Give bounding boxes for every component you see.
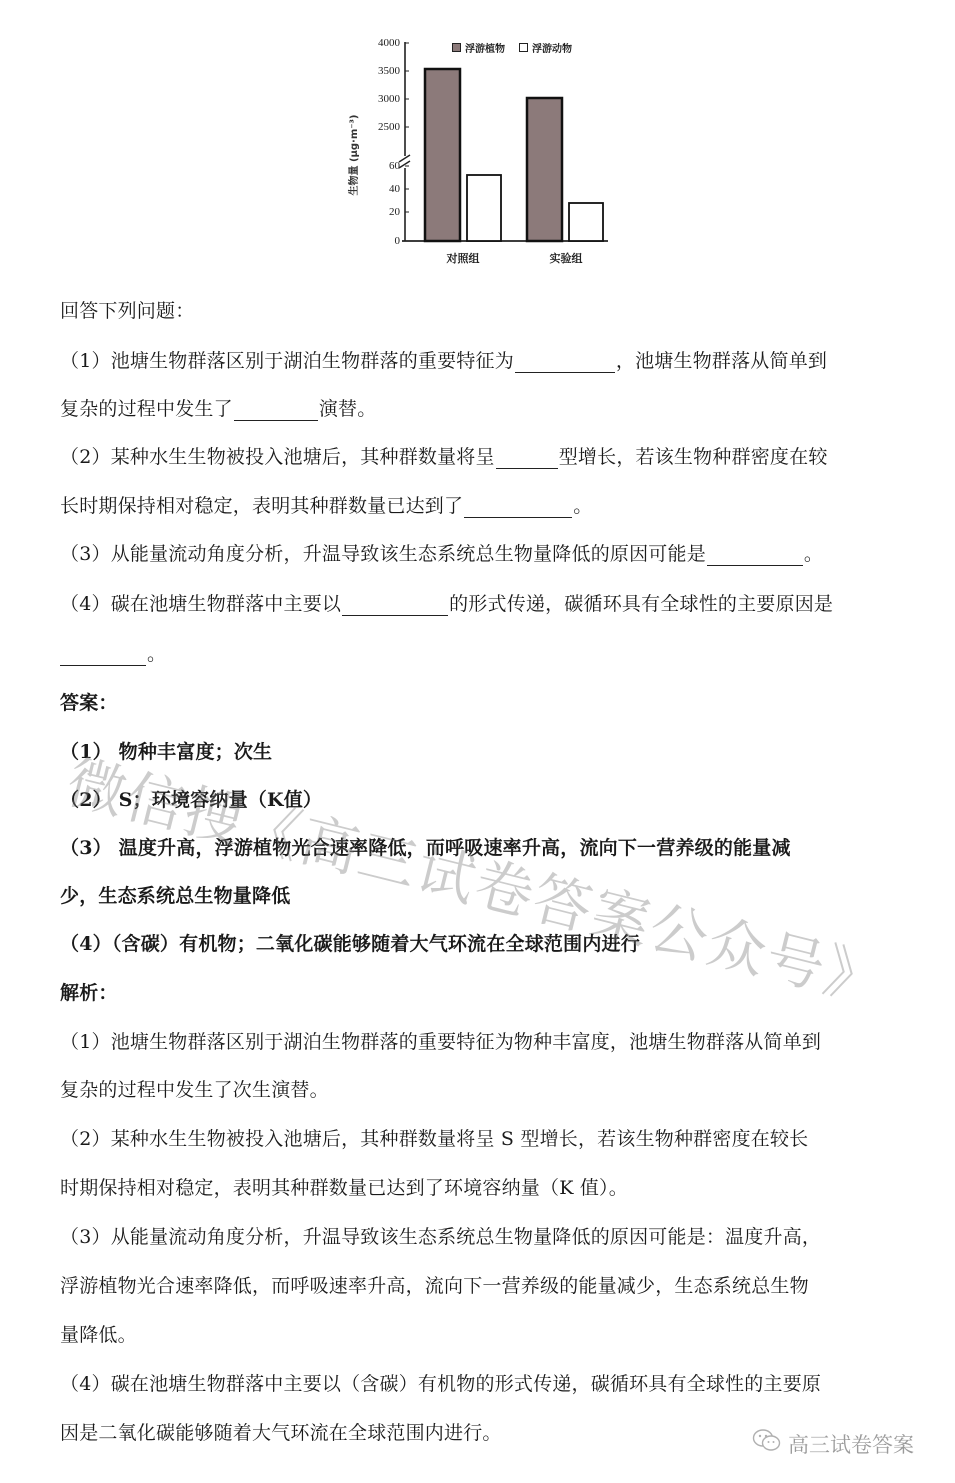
question-number: （3）	[60, 543, 111, 565]
answer-text: S；环境容纳量（K值）	[119, 789, 322, 811]
question-1-line-2: 复杂的过程中发生了演替。	[60, 397, 376, 421]
analysis-4-line-1: （4）碳在池塘生物群落中主要以（含碳）有机物的形式传递，碳循环具有全球性的主要原	[60, 1372, 821, 1396]
footer-brand: 高三试卷答案	[752, 1428, 914, 1459]
footer-brand-label: 高三试卷答案	[788, 1429, 914, 1459]
question-4-line-1: （4）碳在池塘生物群落中主要以的形式传递，碳循环具有全球性的主要原因是	[60, 592, 833, 616]
answer-blank	[515, 352, 615, 373]
answer-4: （4）（含碳）有机物；二氧化碳能够随着大气环流在全球范围内进行	[60, 932, 640, 956]
analysis-1-line-2: 复杂的过程中发生了次生演替。	[60, 1078, 329, 1102]
answer-text: 温度升高，浮游植物光合速率降低，而呼吸速率升高，流向下一营养级的能量减	[119, 837, 791, 859]
analysis-heading: 解析：	[60, 981, 118, 1005]
answer-heading: 答案：	[60, 691, 118, 715]
answer-text: （含碳）有机物；二氧化碳能够随着大气环流在全球范围内进行	[112, 933, 640, 955]
question-3-line-1: （3）从能量流动角度分析，升温导致该生态系统总生物量降低的原因可能是。	[60, 542, 823, 566]
question-number: （4）	[60, 593, 111, 615]
answer-blank	[60, 645, 146, 666]
answer-1: （1） 物种丰富度；次生	[60, 740, 272, 764]
watermark: 微信搜《高三试卷答案公众号》	[60, 735, 895, 1020]
answer-blank	[496, 448, 558, 469]
wechat-icon	[752, 1428, 782, 1459]
question-text: 。	[147, 643, 166, 665]
answer-blank	[234, 400, 318, 421]
analysis-3-line-2: 浮游植物光合速率降低，而呼吸速率升高，流向下一营养级的能量减少，生态系统总生物	[60, 1274, 809, 1298]
answer-text: 物种丰富度；次生	[119, 741, 273, 763]
x-category-experimental: 实验组	[536, 250, 596, 266]
question-2-line-1: （2）某种水生生物被投入池塘后，其种群数量将呈型增长，若该生物种群密度在较	[60, 445, 828, 469]
answer-number: （2）	[60, 789, 112, 811]
question-2-line-2: 长时期保持相对稳定，表明其种群数量已达到了。	[60, 494, 592, 518]
biomass-bar-chart: 生物量 (μg·m⁻³) 4000 3500 3000 2500 60 40 2…	[340, 28, 620, 273]
question-text: 某种水生生物被投入池塘后，其种群数量将呈	[111, 446, 495, 468]
question-text: 碳在池塘生物群落中主要以	[111, 593, 341, 615]
question-text: 的形式传递，碳循环具有全球性的主要原因是	[449, 593, 833, 615]
x-category-control: 对照组	[433, 250, 493, 266]
intro-text: 回答下列问题：	[60, 299, 194, 323]
answer-blank	[464, 497, 572, 518]
analysis-4-line-2: 因是二氧化碳能够随着大气环流在全球范围内进行。	[60, 1421, 502, 1445]
question-text: 池塘生物群落区别于湖泊生物群落的重要特征为	[111, 350, 514, 372]
legend-label: 浮游动物	[532, 40, 572, 55]
question-text: 。	[804, 543, 823, 565]
chart-plot	[340, 28, 620, 273]
question-number: （2）	[60, 446, 111, 468]
legend-label: 浮游植物	[465, 40, 505, 55]
question-text: 。	[573, 495, 592, 517]
answer-blank	[342, 595, 448, 616]
question-text: ，池塘生物群落从简单到	[616, 350, 827, 372]
chart-legend: 浮游植物 浮游动物	[452, 40, 572, 55]
question-text: 型增长，若该生物种群密度在较	[559, 446, 828, 468]
question-1-line-1: （1）池塘生物群落区别于湖泊生物群落的重要特征为，池塘生物群落从简单到	[60, 349, 827, 373]
analysis-3-line-1: （3）从能量流动角度分析，升温导致该生态系统总生物量降低的原因可能是：温度升高，	[60, 1225, 821, 1249]
answer-number: （1）	[60, 741, 112, 763]
legend-swatch-empty-icon	[519, 43, 528, 52]
legend-swatch-filled-icon	[452, 43, 461, 52]
answer-blank	[707, 545, 803, 566]
analysis-1-line-1: （1）池塘生物群落区别于湖泊生物群落的重要特征为物种丰富度，池塘生物群落从简单到	[60, 1030, 821, 1054]
answer-number: （4）	[60, 933, 112, 955]
legend-item-phytoplankton: 浮游植物	[452, 40, 505, 55]
question-text: 长时期保持相对稳定，表明其种群数量已达到了	[60, 495, 463, 517]
answer-2: （2） S；环境容纳量（K值）	[60, 788, 322, 812]
legend-item-zooplankton: 浮游动物	[519, 40, 572, 55]
question-number: （1）	[60, 350, 111, 372]
analysis-2-line-2: 时期保持相对稳定，表明其种群数量已达到了环境容纳量（K 值）。	[60, 1176, 628, 1200]
analysis-2-line-1: （2）某种水生生物被投入池塘后，其种群数量将呈 S 型增长，若该生物种群密度在较…	[60, 1127, 808, 1151]
question-text: 复杂的过程中发生了	[60, 398, 233, 420]
question-text: 从能量流动角度分析，升温导致该生态系统总生物量降低的原因可能是	[111, 543, 706, 565]
question-4-line-2: 。	[60, 642, 166, 666]
answer-3-line-1: （3） 温度升高，浮游植物光合速率降低，而呼吸速率升高，流向下一营养级的能量减	[60, 836, 791, 860]
answer-number: （3）	[60, 837, 112, 859]
answer-3-line-2: 少，生态系统总生物量降低	[60, 884, 290, 908]
analysis-3-line-3: 量降低。	[60, 1323, 137, 1347]
question-text: 演替。	[319, 398, 377, 420]
